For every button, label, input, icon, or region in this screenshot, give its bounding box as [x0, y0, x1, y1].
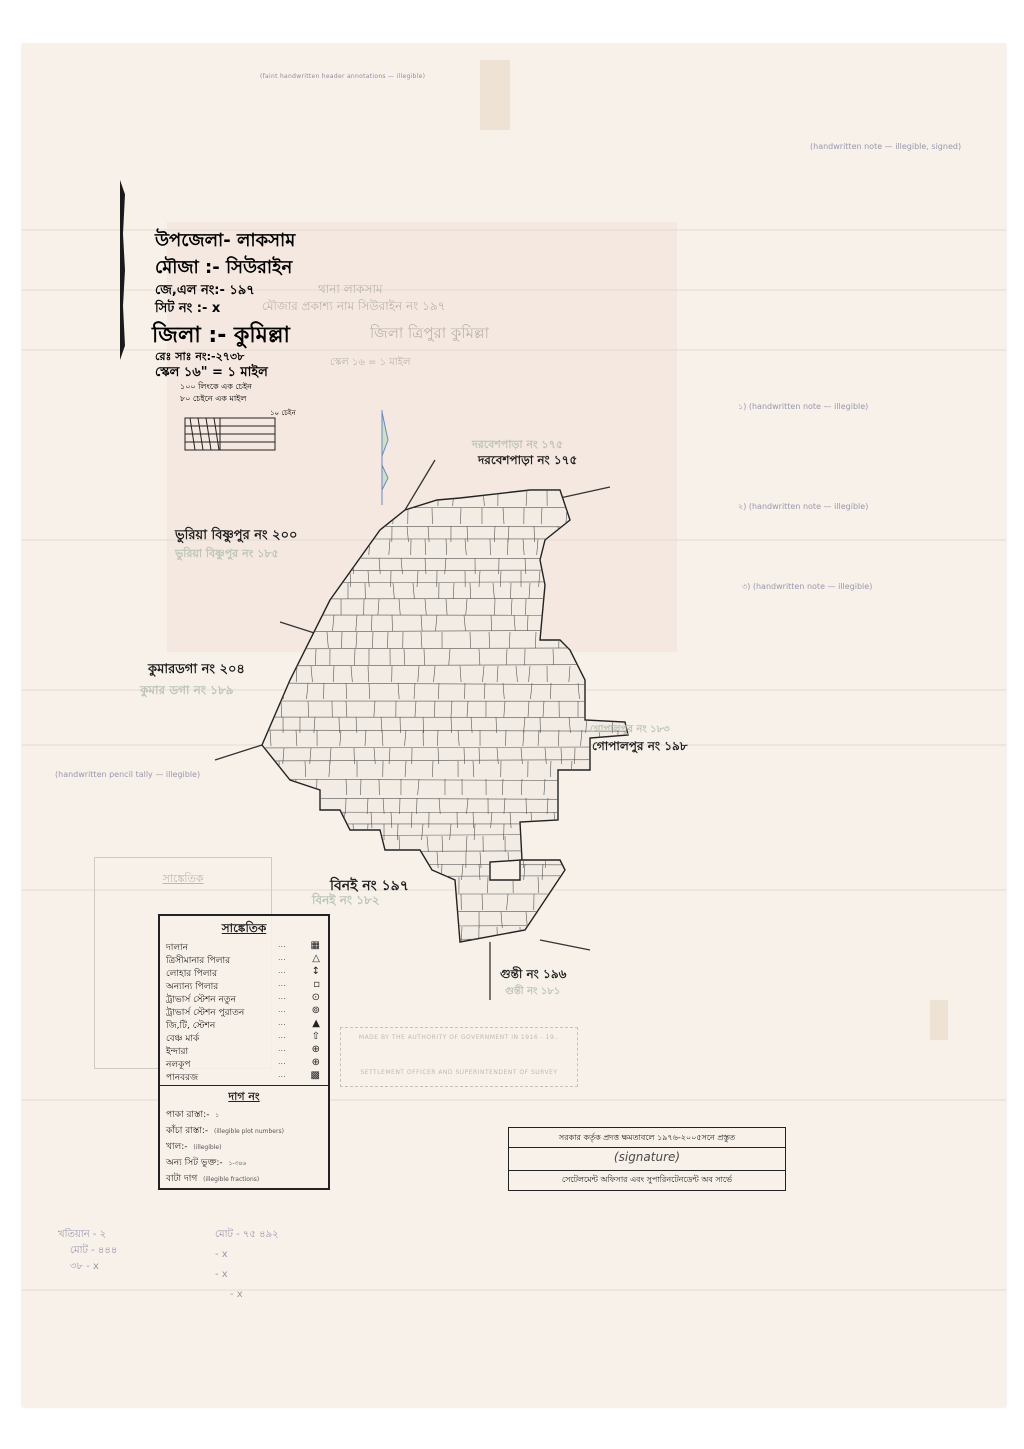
plot-item-label: খাল:- — [166, 1142, 188, 1152]
neighbor-bhuria-bishnupur: ভুরিয়া বিষ্ণুপুর নং ২০০ — [175, 526, 298, 547]
legend-item-label: জি,টি, স্টেশন — [166, 1021, 215, 1031]
ghost-bhuria-bishnupur: ভুরিয়া বিষ্ণুপুর নং ১৮৫ — [175, 545, 279, 564]
neighbor-kumardaga: কুমারডগা নং ২০৪ — [148, 660, 245, 681]
bottom-mid-note-2: - x — [215, 1248, 228, 1261]
dot-leader: ... — [278, 979, 286, 988]
neighbor-darbeshpara: দরবেশপাড়া নং ১৭৫ — [478, 452, 577, 472]
old-authority-stamp: MADE BY THE AUTHORITY OF GOVERNMENT IN 1… — [340, 1027, 578, 1087]
old-stamp-line-2: SETTLEMENT OFFICER AND SUPERINTENDENT OF… — [341, 1069, 577, 1076]
plot-item-label: কাঁচা রাস্তা:- — [166, 1126, 208, 1136]
bottom-mid-note-3: - x — [215, 1268, 228, 1281]
neighbor-gunti: গুন্তী নং ১৯৬ — [500, 966, 566, 986]
right-note-2: ২) (handwritten note — illegible) — [738, 500, 868, 513]
left-mid-note: (handwritten pencil tally — illegible) — [55, 768, 200, 781]
plot-no-subtitle: দাগ নং — [160, 1085, 328, 1107]
legend-symbol-icon: ▩ — [311, 1070, 320, 1081]
legend-item: ট্রাভার্স স্টেশন নতুন ... ⊙ — [160, 992, 328, 1005]
dot-leader: ... — [278, 1031, 286, 1040]
right-note-3: ৩) (handwritten note — illegible) — [742, 580, 872, 593]
bottom-mid-note-1: মোট - ৭৫ ৪৯২ — [215, 1228, 279, 1241]
legend-item-label: ট্রাভার্স স্টেশন নতুন — [166, 995, 236, 1005]
legend-item-label: বেঞ্চ মার্ক — [166, 1034, 199, 1044]
dot-leader: ... — [278, 1070, 286, 1079]
legend-item-label: নলকূপ — [166, 1060, 190, 1070]
scale-bar-end-label: ১০ চেইন — [270, 407, 296, 419]
title-bar-ornament — [120, 180, 125, 360]
dot-leader: ... — [278, 940, 286, 949]
plot-item-label: অন্য সিট ভুক্ত:- — [166, 1158, 223, 1168]
legend-item-label: অন্যান্য পিলার — [166, 982, 218, 992]
legend-item: ট্রাভার্স স্টেশন পুরাতন ... ⊚ — [160, 1005, 328, 1018]
map-canvas — [0, 0, 1024, 1449]
legend-item-label: লোহার পিলার — [166, 969, 217, 979]
legend-symbol-icon: ⊕ — [312, 1057, 320, 1068]
ghost-gunti: গুন্তী নং ১৮১ — [505, 984, 560, 1001]
legend-symbol-icon: ⊚ — [312, 1005, 320, 1016]
old-stamp-line-1: MADE BY THE AUTHORITY OF GOVERNMENT IN 1… — [341, 1034, 577, 1041]
right-top-note: (handwritten note — illegible, signed) — [810, 140, 961, 153]
legend-item-label: ত্রিসীমানার পিলার — [166, 956, 230, 966]
bottom-left-note-3: ৩৮ - x — [70, 1260, 99, 1273]
legend-item: জি,টি, স্টেশন ... ▲ — [160, 1018, 328, 1031]
legend-item: লোহার পিলার ... ↕ — [160, 966, 328, 979]
legend-item-label: দালান — [166, 943, 188, 953]
dot-leader: ... — [278, 1005, 286, 1014]
old-legend-title: সাঙ্কেতিক — [95, 870, 271, 889]
plot-item-value: ১-৩৪৬ — [229, 1160, 247, 1167]
legend-symbol-icon: △ — [312, 953, 320, 964]
bottom-left-note-1: খতিয়ান - ২ — [58, 1228, 106, 1241]
plot-item: অন্য সিট ভুক্ত:- ১-৩৪৬ — [160, 1155, 328, 1171]
stamp-line-2: সেটেলমেন্ট অফিসার এবং সুপারিনটেনডেন্ট অব… — [509, 1170, 785, 1187]
ghost-district: জিলা ত্রিপুরা কুমিল্লা — [370, 322, 489, 347]
legend-item: বেঞ্চ মার্ক ... ⇧ — [160, 1031, 328, 1044]
plot-item: কাঁচা রাস্তা:- (illegible plot numbers) — [160, 1123, 328, 1139]
legend-box: সাঙ্কেতিক দালান ... ▦ত্রিসীমানার পিলার .… — [158, 914, 330, 1190]
legend-item: পানবরজ ... ▩ — [160, 1070, 328, 1083]
officer-signature: (signature) — [509, 1150, 785, 1164]
plot-item-label: পাকা রাস্তা:- — [166, 1110, 209, 1120]
ghost-kumardaga: কুমার ডগা নং ১৮৯ — [140, 682, 234, 702]
legend-item: ত্রিসীমানার পিলার ... △ — [160, 953, 328, 966]
scale-bar — [185, 418, 275, 450]
right-note-1: ১) (handwritten note — illegible) — [738, 400, 868, 413]
plot-item-value: (illegible plot numbers) — [214, 1128, 284, 1135]
legend-item: ইন্দারা ... ⊕ — [160, 1044, 328, 1057]
ghost-gopalpur: গোপালপুর নং ১৮৩ — [590, 722, 670, 739]
chain-note-2: ৮০ চেইনে এক মাইল — [180, 393, 246, 406]
certification-stamp: সরকার কর্তৃক প্রদত্ত ক্ষমতাবলে ১৯৭৬-২০০৫… — [508, 1127, 786, 1191]
ghost-darbeshpara: দরবেশপাড়া নং ১৭৫ — [472, 436, 563, 455]
legend-symbol-icon: ▫ — [313, 979, 320, 990]
legend-symbol-icon: ⊙ — [312, 992, 320, 1003]
plot-item-label: বাটা দাগ — [166, 1174, 197, 1184]
plot-item: পাকা রাস্তা:- ১ — [160, 1107, 328, 1123]
legend-symbol-icon: ⊕ — [312, 1044, 320, 1055]
dot-leader: ... — [278, 1057, 286, 1066]
sheet-no-label: সিট নং :- x — [155, 299, 220, 320]
legend-symbol-icon: ▦ — [311, 940, 320, 951]
legend-symbol-icon: ↕ — [312, 966, 320, 977]
dot-leader: ... — [278, 966, 286, 975]
plot-item-value: ১ — [215, 1112, 219, 1119]
north-arrow-icon — [382, 410, 388, 505]
legend-item: দালান ... ▦ — [160, 940, 328, 953]
dot-leader: ... — [278, 992, 286, 1001]
plot-item: খাল:- (illegible) — [160, 1139, 328, 1155]
ghost-binai: বিনই নং ১৮২ — [312, 892, 380, 912]
bottom-mid-note-4: - x — [230, 1288, 243, 1301]
ghost-scale: স্কেল ১৬ = ১ মাইল — [330, 355, 410, 372]
legend-item: অন্যান্য পিলার ... ▫ — [160, 979, 328, 992]
legend-symbol-icon: ▲ — [312, 1018, 320, 1029]
mouza-boundary — [262, 490, 628, 942]
bottom-left-note-2: মোট - ৪৪৪ — [70, 1244, 117, 1257]
mouza-label: মৌজা :- সিউরাইন — [155, 253, 292, 284]
neighbor-gopalpur: গোপালপুর নং ১৯৮ — [592, 738, 688, 758]
plot-item-value: (illegible) — [193, 1144, 221, 1151]
legend-item-label: ইন্দারা — [166, 1047, 188, 1057]
stamp-line-1: সরকার কর্তৃক প্রদত্ত ক্ষমতাবলে ১৯৭৬-২০০৫… — [509, 1132, 785, 1148]
ghost-mouza: মৌজার প্রকাশ্য নাম সিউরাইন নং ১৯৭ — [262, 298, 445, 318]
legend-symbol-icon: ⇧ — [312, 1031, 320, 1042]
legend-item-label: ট্রাভার্স স্টেশন পুরাতন — [166, 1008, 244, 1018]
legend-item-label: পানবরজ — [166, 1073, 198, 1083]
dot-leader: ... — [278, 1044, 286, 1053]
plot-item: বাটা দাগ (illegible fractions) — [160, 1171, 328, 1187]
dot-leader: ... — [278, 953, 286, 962]
plot-item-value: (illegible fractions) — [203, 1176, 259, 1183]
legend-item: নলকূপ ... ⊕ — [160, 1057, 328, 1070]
dot-leader: ... — [278, 1018, 286, 1027]
legend-title: সাঙ্কেতিক — [160, 920, 328, 940]
